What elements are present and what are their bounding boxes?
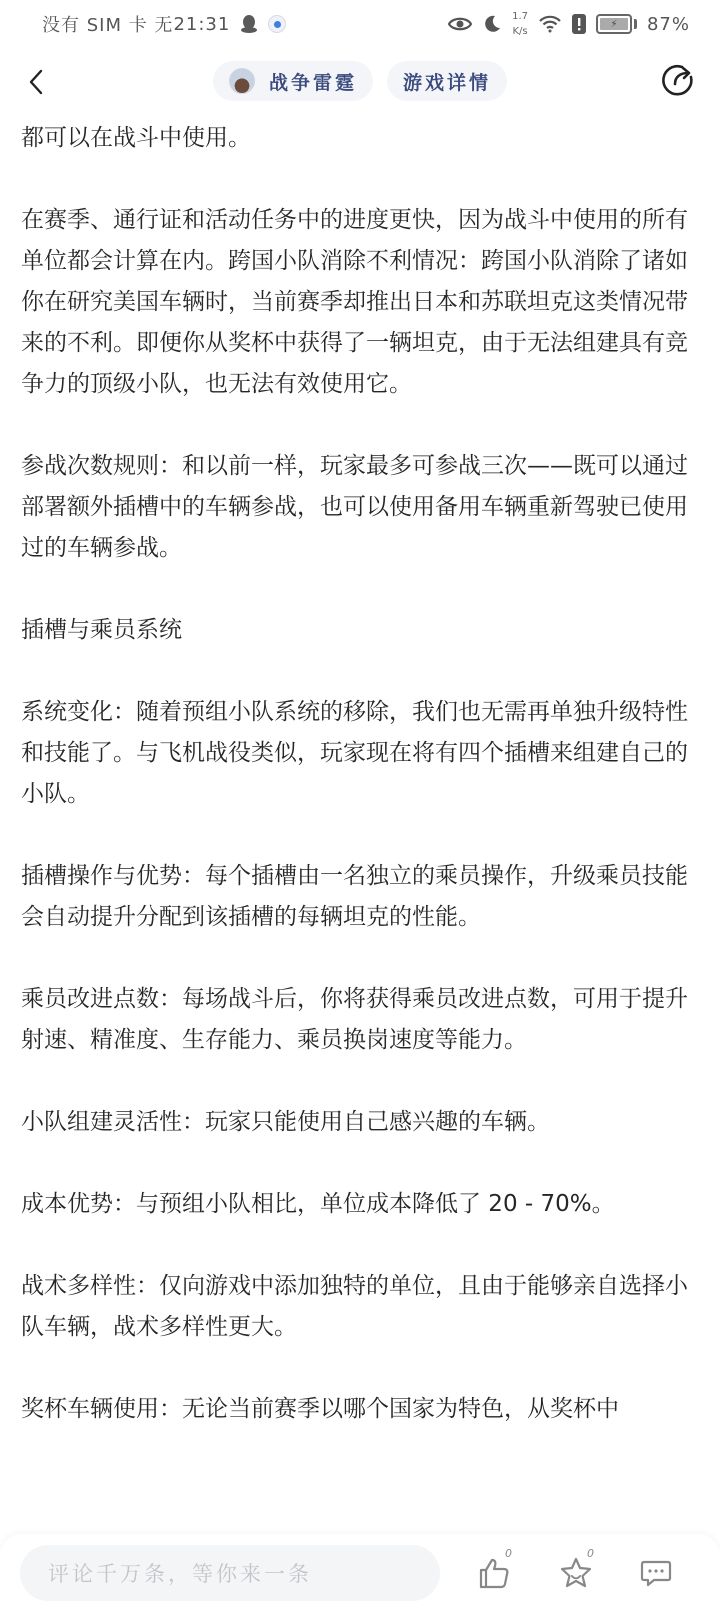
share-button[interactable] (658, 60, 698, 100)
article-paragraph: 在赛季、通行证和活动任务中的进度更快，因为战斗中使用的所有单位都会计算在内。跨国… (21, 200, 701, 405)
game-avatar-icon (229, 68, 255, 94)
star-icon (559, 1556, 593, 1590)
comment-input[interactable]: 评论千万条，等你来一条 (20, 1545, 440, 1601)
share-icon (660, 62, 696, 98)
like-count: 0 (505, 1547, 512, 1560)
game-details-label: 游戏详情 (403, 68, 491, 95)
comment-bubble-icon (639, 1556, 673, 1590)
article-paragraph: 都可以在战斗中使用。 (21, 118, 701, 159)
game-details-pill[interactable]: 游戏详情 (387, 61, 507, 101)
favorite-count: 0 (587, 1547, 594, 1560)
wifi-icon (538, 15, 562, 33)
clock: 21:31 (173, 14, 230, 35)
network-speed: 1.7 K/s (512, 9, 528, 39)
net-speed-unit: K/s (512, 24, 528, 39)
article-paragraph: 战术多样性：仅向游戏中添加独特的单位，且由于能够亲自选择小队车辆，战术多样性更大… (21, 1266, 701, 1348)
game-name: 战争雷霆 (269, 68, 357, 95)
comment-placeholder: 评论千万条，等你来一条 (48, 1558, 312, 1588)
favorite-button[interactable]: 0 (556, 1553, 596, 1593)
nav-bar: 战争雷霆 游戏详情 (0, 52, 720, 110)
article-body: 都可以在战斗中使用。 在赛季、通行证和活动任务中的进度更快，因为战斗中使用的所有… (21, 118, 701, 1471)
section-heading: 插槽与乘员系统 (21, 610, 701, 651)
status-bar: 没有 SIM 卡 无21:31 1.7 K/s (0, 0, 720, 48)
article-paragraph: 成本优势：与预组小队相比，单位成本降低了 20 - 70%。 (21, 1184, 701, 1225)
battery-charging-icon: ⚡ (596, 14, 637, 34)
carrier-text: 没有 SIM 卡 无 (42, 11, 173, 37)
do-not-disturb-moon-icon (482, 14, 502, 34)
article-paragraph: 乘员改进点数：每场战斗后，你将获得乘员改进点数，可用于提升射速、精准度、生存能力… (21, 979, 701, 1061)
game-name-pill[interactable]: 战争雷霆 (213, 61, 373, 101)
qq-icon (240, 14, 258, 34)
battery-fill: ⚡ (600, 18, 628, 30)
comments-button[interactable] (636, 1553, 676, 1593)
article-paragraph: 奖杯车辆使用：无论当前赛季以哪个国家为特色，从奖杯中 (21, 1389, 701, 1430)
chevron-left-icon (27, 68, 45, 96)
article-paragraph: 参战次数规则：和以前一样，玩家最多可参战三次——既可以通过部署额外插槽中的车辆参… (21, 446, 701, 569)
article-paragraph: 插槽操作与优势：每个插槽由一名独立的乘员操作，升级乘员技能会自动提升分配到该插槽… (21, 856, 701, 938)
battery-cap (634, 19, 637, 29)
status-left: 没有 SIM 卡 无21:31 (42, 11, 286, 37)
back-button[interactable] (18, 62, 54, 102)
like-button[interactable]: 0 (474, 1553, 514, 1593)
net-speed-value: 1.7 (512, 9, 528, 24)
article-paragraph: 小队组建灵活性：玩家只能使用自己感兴趣的车辆。 (21, 1102, 701, 1143)
thumbs-up-icon (477, 1556, 511, 1590)
bottom-action-bar: 评论千万条，等你来一条 0 0 (0, 1534, 720, 1612)
battery-body: ⚡ (596, 14, 632, 34)
app-notification-icon (268, 15, 286, 33)
status-right: 1.7 K/s ⚡ 87% (448, 9, 690, 39)
article-paragraph: 系统变化：随着预组小队系统的移除，我们也无需再单独升级特性和技能了。与飞机战役类… (21, 692, 701, 815)
eye-comfort-icon (448, 16, 472, 32)
sim-alert-icon (572, 14, 586, 34)
battery-percent: 87% (647, 14, 690, 35)
